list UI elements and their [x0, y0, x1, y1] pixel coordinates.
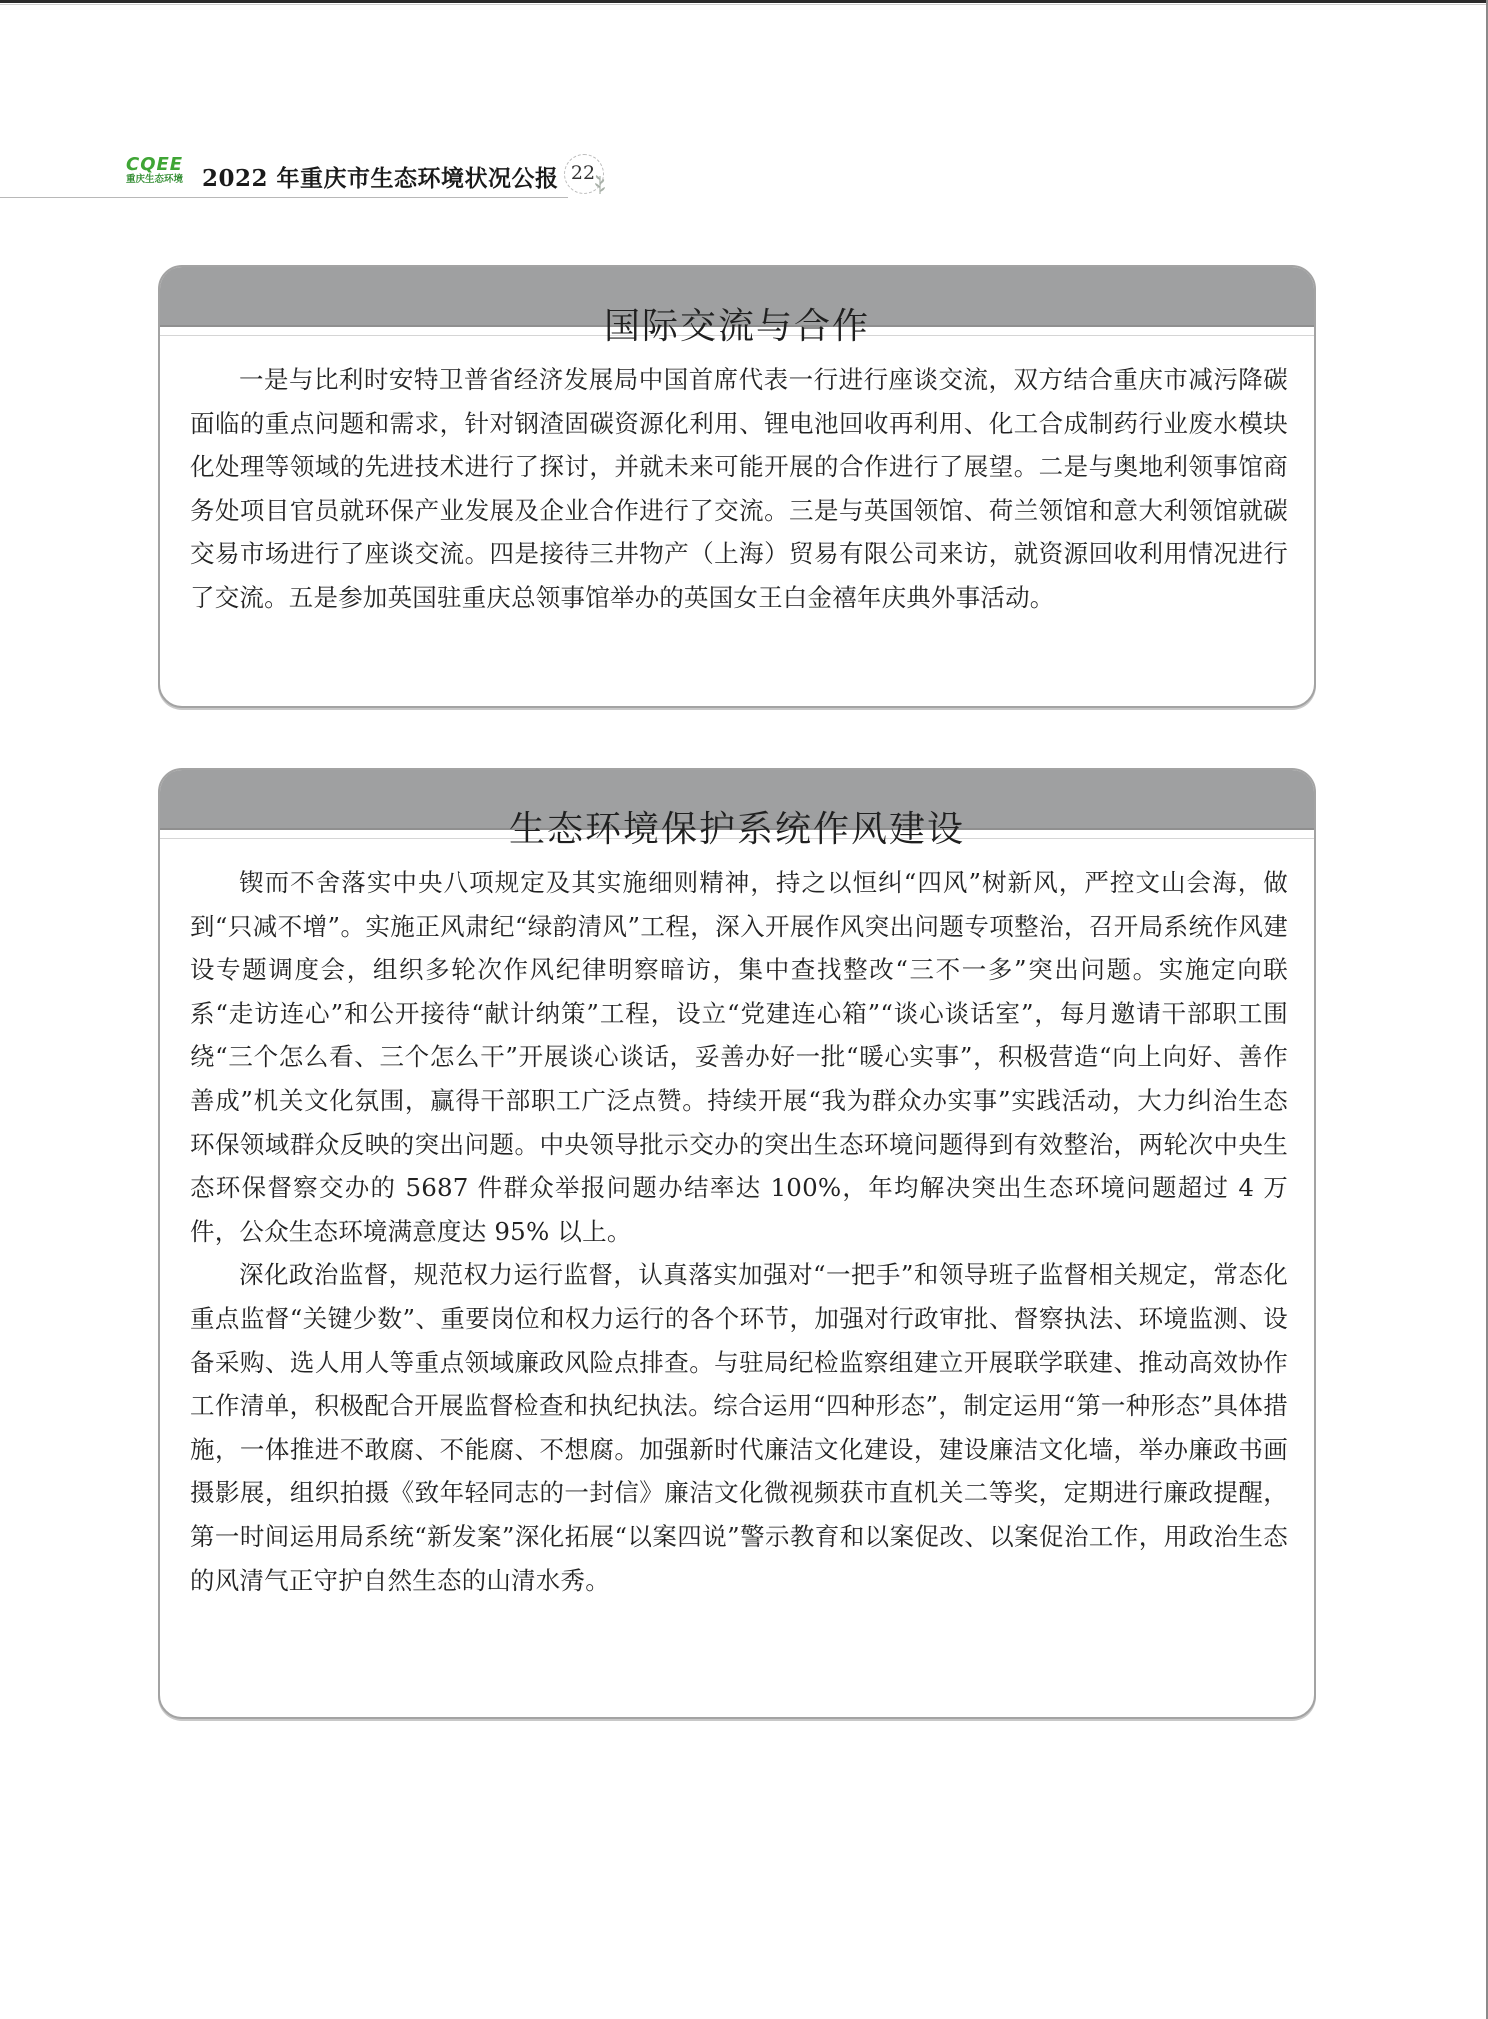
paragraph: 深化政治监督，规范权力运行监督，认真落实加强对“一把手”和领导班子监督相关规定，… — [190, 1253, 1288, 1602]
logo: CQEE 重庆生态环境 — [126, 156, 192, 190]
paragraph: 一是与比利时安特卫普省经济发展局中国首席代表一行进行座谈交流，双方结合重庆市减污… — [190, 358, 1288, 620]
paragraph: 锲而不舍落实中央八项规定及其实施细则精神，持之以恒纠“四风”树新风，严控文山会海… — [190, 861, 1288, 1253]
section-body: 锲而不舍落实中央八项规定及其实施细则精神，持之以恒纠“四风”树新风，严控文山会海… — [160, 839, 1314, 1602]
page-top-border — [0, 0, 1488, 3]
section-body: 一是与比利时安特卫普省经济发展局中国首席代表一行进行座谈交流，双方结合重庆市减污… — [160, 336, 1314, 620]
logo-mark: CQEE — [126, 156, 192, 174]
section-title: 国际交流与合作 — [160, 305, 1314, 349]
page-top-border-inner — [0, 4, 1488, 5]
section-header: 生态环境保护系统作风建设 — [160, 770, 1314, 830]
section-work-style-construction: 生态环境保护系统作风建设 锲而不舍落实中央八项规定及其实施细则精神，持之以恒纠“… — [158, 768, 1316, 1719]
report-title: 2022 年重庆市生态环境状况公报 — [202, 160, 559, 193]
header-rule — [0, 197, 568, 198]
section-title: 生态环境保护系统作风建设 — [160, 808, 1314, 852]
section-international-cooperation: 国际交流与合作 一是与比利时安特卫普省经济发展局中国首席代表一行进行座谈交流，双… — [158, 265, 1316, 708]
page-number-badge: 22 — [562, 154, 608, 194]
logo-text: 重庆生态环境 — [126, 174, 192, 186]
leaf-ornament-icon — [592, 172, 608, 194]
running-header: CQEE 重庆生态环境 2022 年重庆市生态环境状况公报 22 — [0, 150, 640, 200]
section-header: 国际交流与合作 — [160, 267, 1314, 327]
